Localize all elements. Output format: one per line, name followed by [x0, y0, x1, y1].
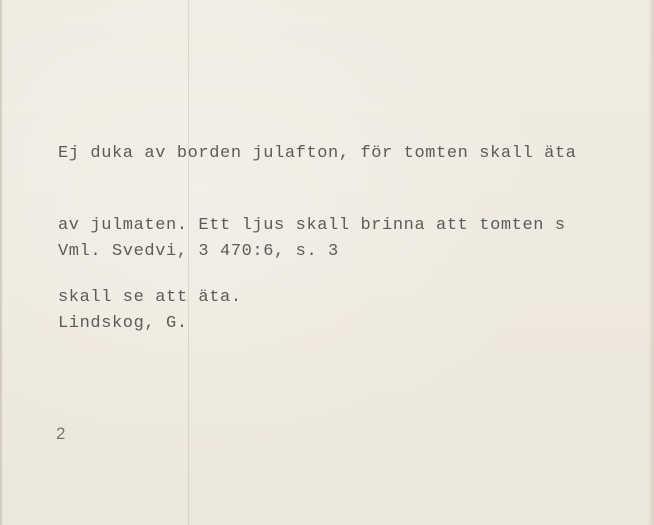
body-line: Ej duka av borden julafton, för tomten s…: [58, 142, 576, 166]
collector-name: Lindskog, G.: [58, 312, 339, 336]
card-reference: Vml. Svedvi, 3 470:6, s. 3 Lindskog, G.: [58, 192, 339, 384]
page-number: 2: [56, 424, 65, 444]
index-card: Ej duka av borden julafton, för tomten s…: [0, 0, 654, 525]
source-reference: Vml. Svedvi, 3 470:6, s. 3: [58, 240, 339, 264]
